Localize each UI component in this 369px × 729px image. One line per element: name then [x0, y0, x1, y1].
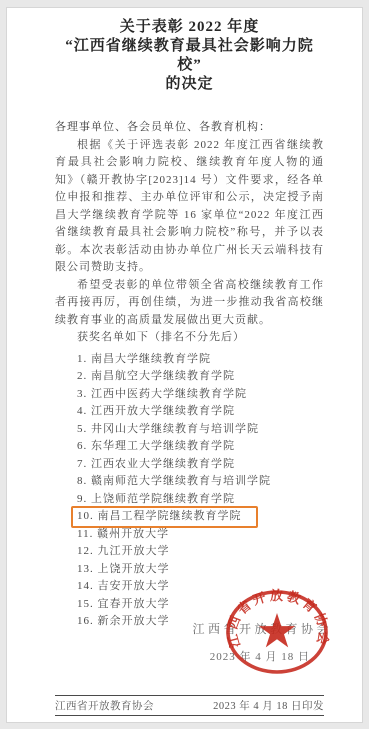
red-seal: 江西省开放教育协会 [221, 583, 333, 679]
title-line-2: “江西省继续教育最具社会影响力院校” [55, 37, 324, 75]
list-item-highlighted: 10. 南昌工程学院继续教育学院 [71, 506, 258, 528]
list-item: 3. 江西中医药大学继续教育学院 [77, 386, 324, 404]
star-icon [259, 613, 295, 647]
footer-print-date: 2023 年 4 月 18 日印发 [213, 698, 324, 713]
scanned-notice-image: { "document": { "title": { "lines": [ "关… [0, 0, 369, 729]
list-item: 9. 上饶师范学院继续教育学院 [77, 491, 324, 509]
footer-colophon: 江西省开放教育协会 2023 年 4 月 18 日印发 [55, 695, 324, 716]
paragraph-hope: 希望受表彰的单位带领全省高校继续教育工作者再接再厉，再创佳绩，为进一步推动我省高… [55, 277, 324, 330]
document-page: 关于表彰 2022 年度 “江西省继续教育最具社会影响力院校” 的决定 各理事单… [7, 8, 362, 722]
title-line-1: 关于表彰 2022 年度 [55, 18, 324, 37]
list-item: 6. 东华理工大学继续教育学院 [77, 438, 324, 456]
paragraph-list-intro: 获奖名单如下（排名不分先后） [55, 329, 324, 347]
list-item: 13. 上饶开放大学 [77, 561, 324, 579]
list-item: 7. 江西农业大学继续教育学院 [77, 456, 324, 474]
list-item: 5. 井冈山大学继续教育与培训学院 [77, 421, 324, 439]
document-title: 关于表彰 2022 年度 “江西省继续教育最具社会影响力院校” 的决定 [55, 18, 324, 94]
list-item: 11. 赣州开放大学 [77, 526, 324, 544]
salutation: 各理事单位、各会员单位、各教育机构： [55, 119, 324, 137]
list-item: 1. 南昌大学继续教育学院 [77, 351, 324, 369]
footer-issuer: 江西省开放教育协会 [55, 698, 154, 713]
list-item: 12. 九江开放大学 [77, 543, 324, 561]
paragraph-basis: 根据《关于评选表彰 2022 年度江西省继续教育最具社会影响力院校、继续教育年度… [55, 137, 324, 277]
list-item: 4. 江西开放大学继续教育学院 [77, 403, 324, 421]
list-item: 2. 南昌航空大学继续教育学院 [77, 368, 324, 386]
list-item: 8. 赣南师范大学继续教育与培训学院 [77, 473, 324, 491]
document-content: 关于表彰 2022 年度 “江西省继续教育最具社会影响力院校” 的决定 各理事单… [55, 8, 324, 631]
title-line-3: 的决定 [55, 75, 324, 94]
